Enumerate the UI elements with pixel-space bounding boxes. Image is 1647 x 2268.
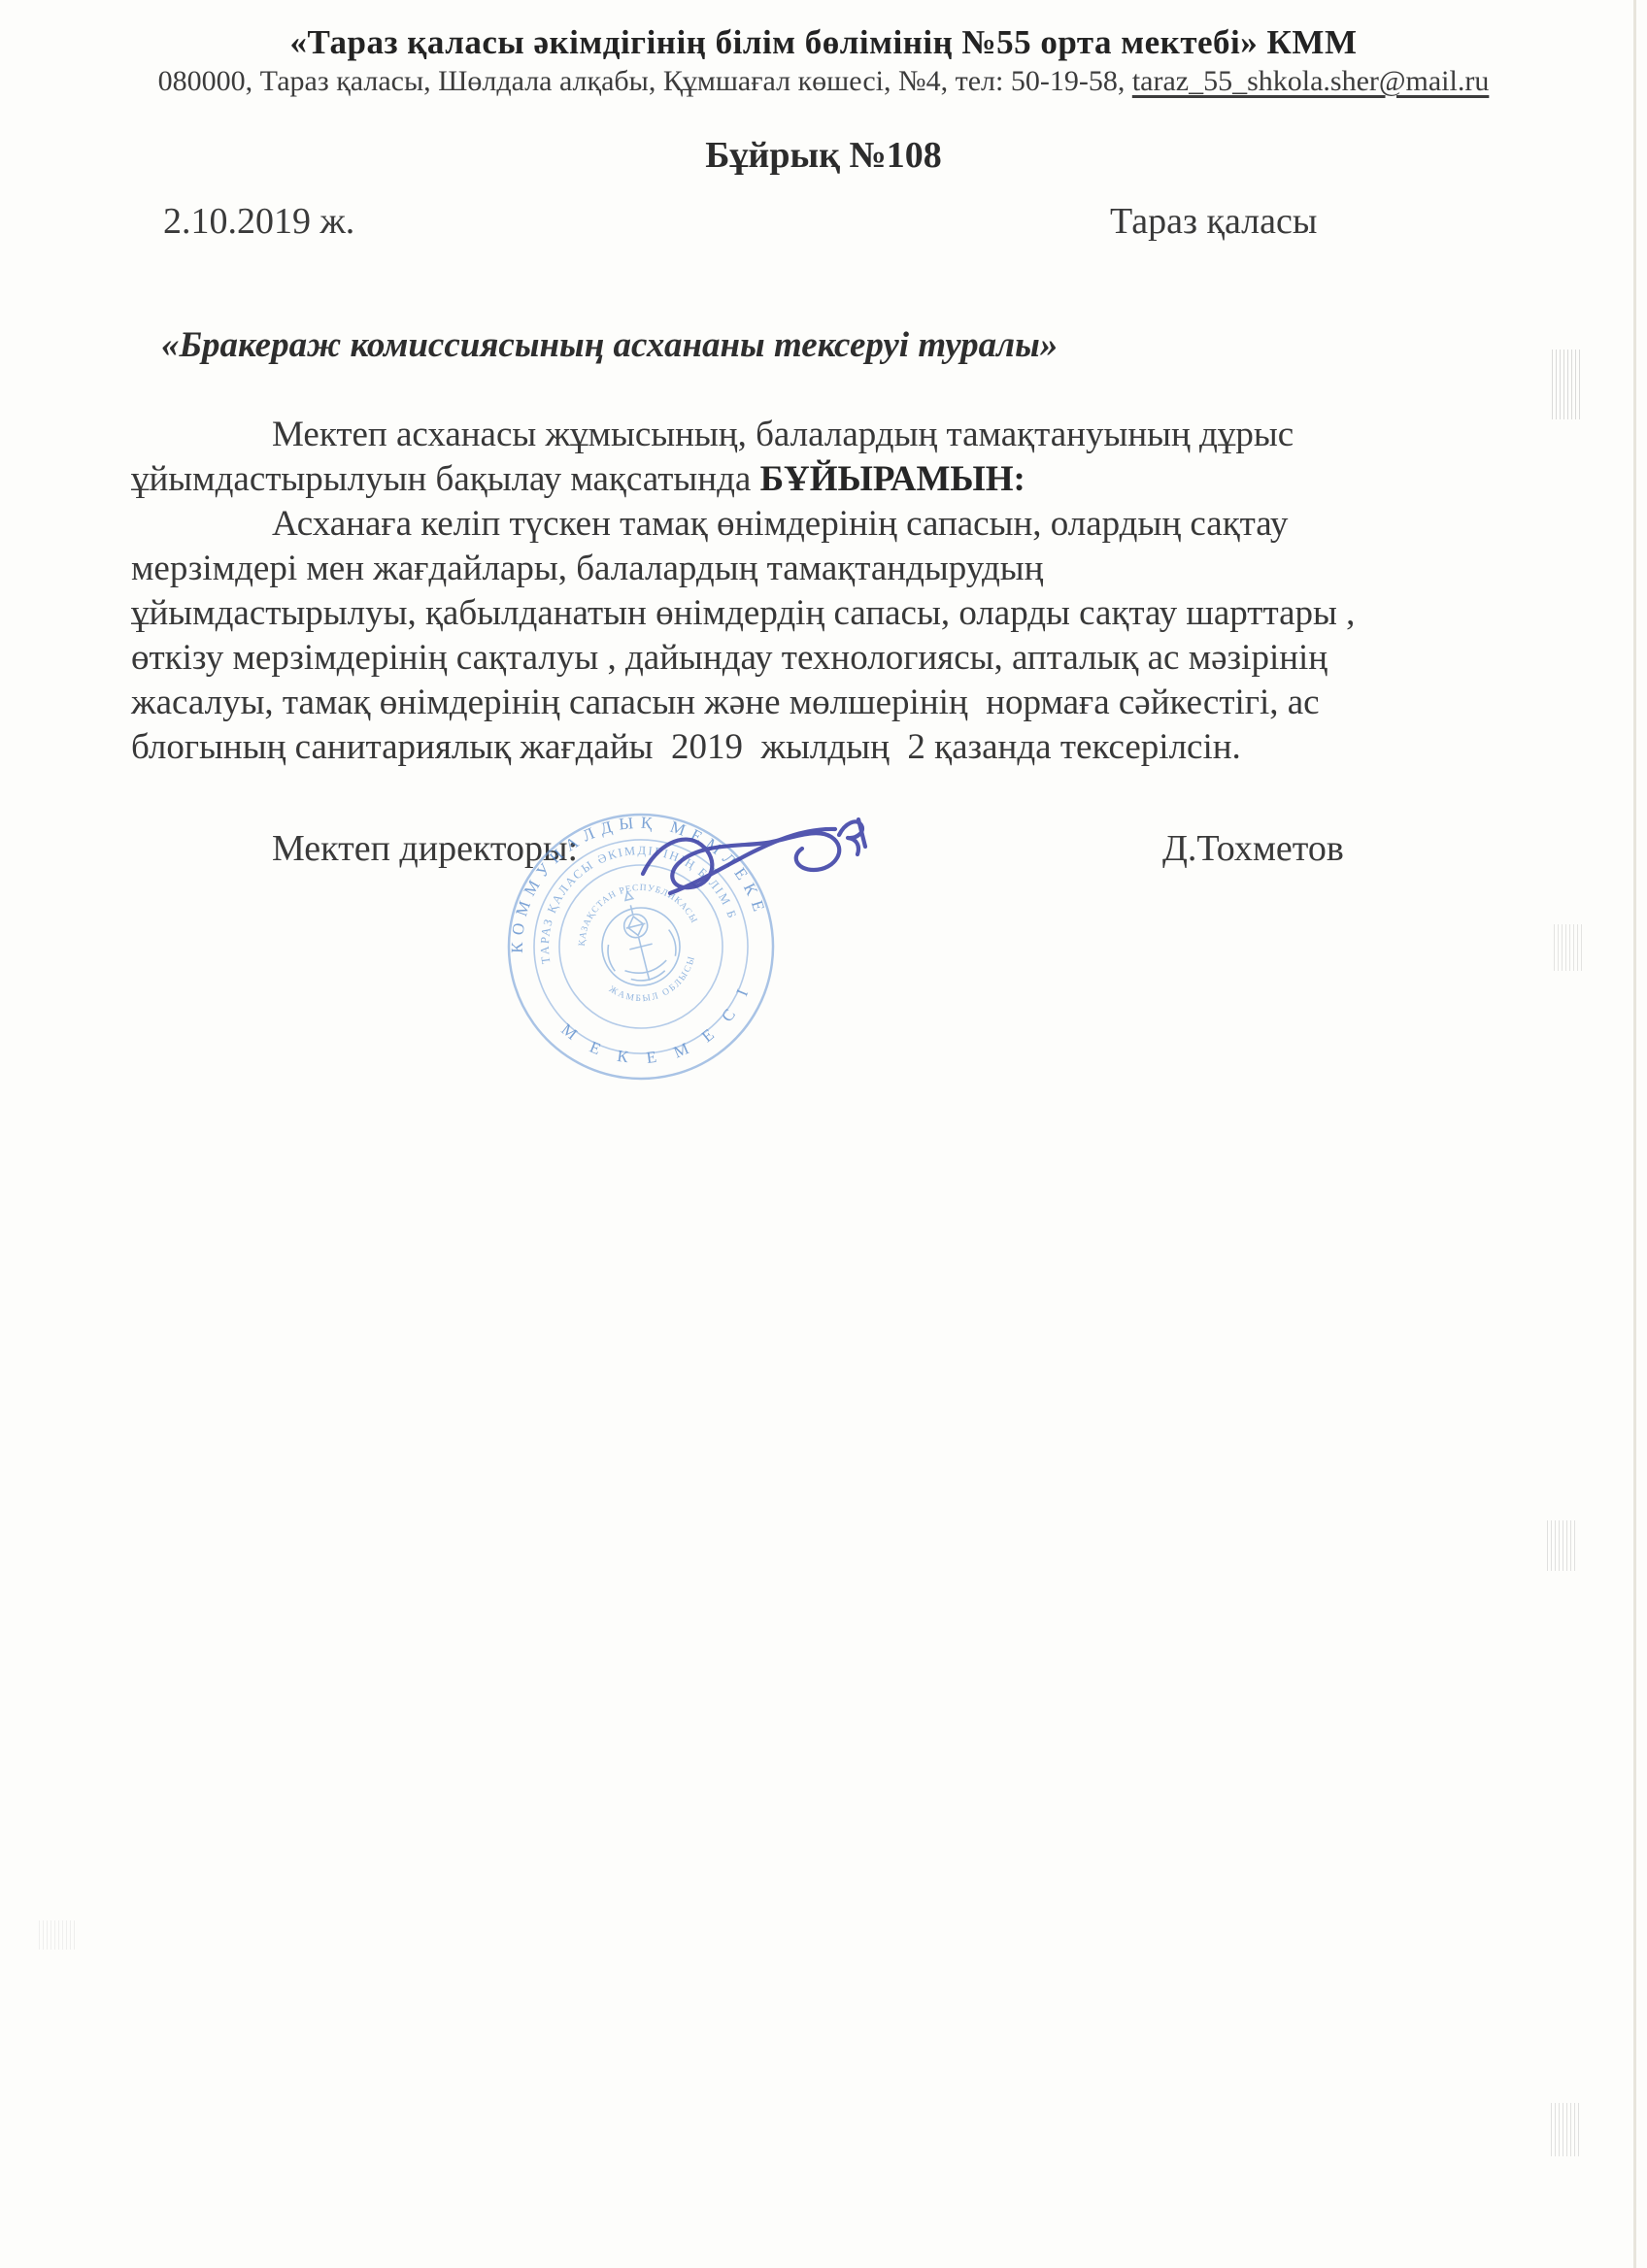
- order-keyword: БҰЙЫРАМЫН:: [760, 459, 1025, 499]
- body-line-text: ұйымдастырылуын бақылау мақсатында: [131, 459, 760, 499]
- scan-artifact: [1551, 2103, 1580, 2156]
- body-line: Асханаға келіп түскен тамақ өнімдерінің …: [272, 503, 1288, 545]
- body-line: ұйымдастырылуын бақылау мақсатында БҰЙЫР…: [131, 458, 1025, 500]
- scan-artifact: [1547, 1520, 1576, 1571]
- org-name: «Тараз қаласы әкімдігінің білім бөліміні…: [0, 23, 1647, 62]
- scanned-order-document: «Тараз қаласы әкімдігінің білім бөліміні…: [0, 0, 1647, 2268]
- org-address-line: 080000, Тараз қаласы, Шөлдала алқабы, Құ…: [0, 65, 1647, 98]
- scan-edge-line: [1633, 0, 1636, 2268]
- body-line: ұйымдастырылуы, қабылданатын өнімдердің …: [131, 592, 1355, 634]
- body-line: мерзімдері мен жағдайлары, балалардың та…: [131, 548, 1043, 589]
- scan-artifact: [39, 1920, 78, 1950]
- order-city: Тараз қаласы: [1110, 200, 1317, 243]
- body-line: блогының санитариялық жағдайы 2019 жылды…: [131, 726, 1241, 768]
- org-address: 080000, Тараз қаласы, Шөлдала алқабы, Құ…: [158, 65, 1132, 97]
- order-date: 2.10.2019 ж.: [163, 200, 354, 243]
- scan-artifact: [1552, 350, 1581, 419]
- scan-artifact: [1554, 924, 1583, 971]
- signature-svg: [629, 802, 901, 918]
- org-email: taraz_55_shkola.sher@mail.ru: [1132, 65, 1490, 97]
- body-line: Мектеп асханасы жұмысының, балалардың та…: [272, 414, 1294, 455]
- body-line: жасалуы, тамақ өнімдерінің сапасын және …: [131, 682, 1320, 723]
- handwritten-signature-icon: [629, 802, 901, 918]
- order-number-title: Бұйрық №108: [0, 134, 1647, 177]
- order-subject: «Бракераж комиссиясының асхананы тексеру…: [161, 324, 1058, 366]
- body-line: өткізу мерзімдерінің сақталуы , дайындау…: [131, 637, 1328, 679]
- signature-name: Д.Тохметов: [1162, 827, 1344, 870]
